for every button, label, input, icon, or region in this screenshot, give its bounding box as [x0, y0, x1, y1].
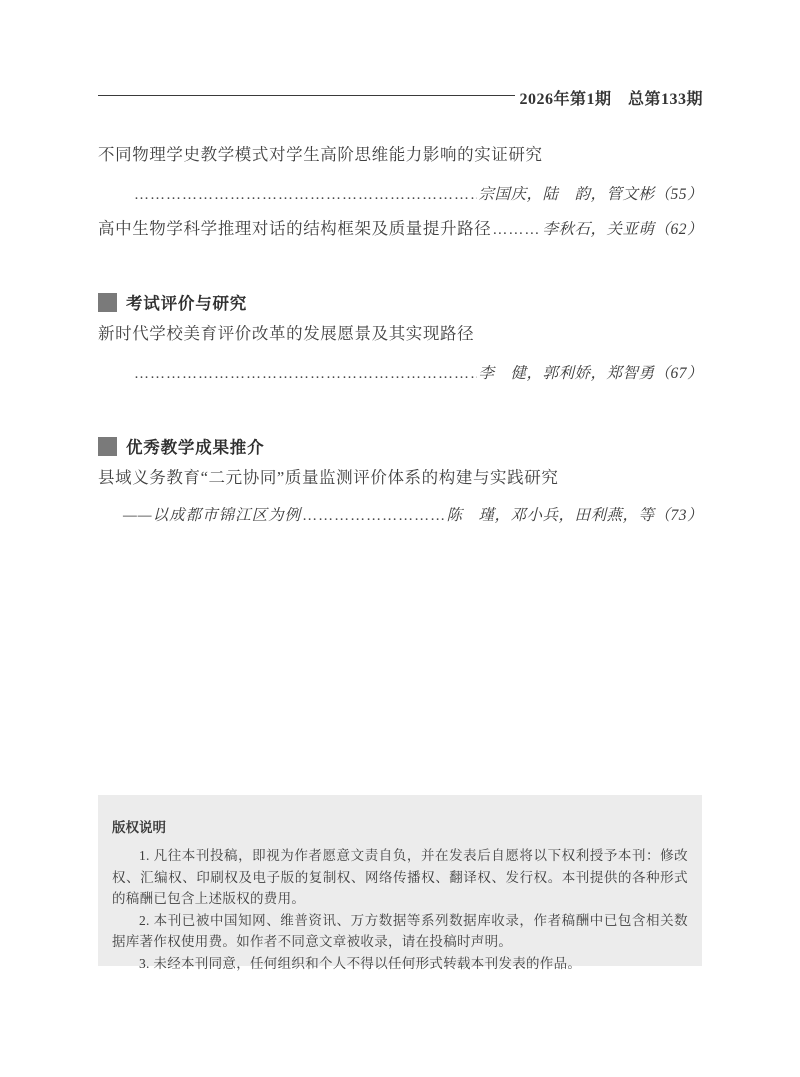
dot-leader: …………………………………………………………………………………………………………… — [134, 366, 477, 383]
dot-leader: …………………………………………………………………………………………………………… — [492, 222, 541, 239]
authors-pages: 宗国庆，陆 韵，管文彬（55） — [478, 182, 703, 204]
dot-leader: …………………………………………………………………………………………………………… — [134, 187, 477, 204]
copyright-title: 版权说明 — [112, 816, 688, 836]
copyright-box: 版权说明 1. 凡往本刊投稿，即视为作者愿意文责自负，并在发表后自愿将以下权利授… — [98, 795, 702, 966]
authors-pages: 李 健，郭利娇，郑智勇（67） — [478, 361, 703, 383]
toc-entry-leader-row: …………………………………………………………………………………………………………… — [98, 182, 703, 204]
authors-pages: 李秋石，关亚萌（62） — [542, 217, 703, 239]
toc-entry-title: 高中生物学科学推理对话的结构框架及质量提升路径 — [98, 215, 491, 239]
section-header: 考试评价与研究 — [98, 290, 703, 314]
toc-entry-title: 新时代学校美育评价改革的发展愿景及其实现路径 — [98, 325, 703, 343]
section-title: 考试评价与研究 — [126, 290, 247, 314]
copyright-paragraph: 2. 本刊已被中国知网、维普资讯、万方数据等系列数据库收录，作者稿酬中已包含相关… — [112, 910, 688, 953]
section-header: 优秀教学成果推介 — [98, 434, 703, 458]
toc-entry-title: 县域义务教育“二元协同”质量监测评价体系的构建与实践研究 — [98, 469, 703, 487]
toc-entry-leader-row: …………………………………………………………………………………………………………… — [98, 361, 703, 383]
section-marker-icon — [98, 293, 117, 312]
issue-info: 2026年第1期 总第133期 — [98, 86, 703, 109]
toc-entry-row: 高中生物学科学推理对话的结构框架及质量提升路径 …………………………………………… — [98, 215, 703, 239]
copyright-paragraph: 1. 凡往本刊投稿，即视为作者愿意文责自负，并在发表后自愿将以下权利授予本刊：修… — [112, 845, 688, 910]
toc-entry-subtitle: ——以成都市锦江区为例 — [123, 503, 301, 525]
section-title: 优秀教学成果推介 — [126, 434, 264, 458]
toc-entry-title: 不同物理学史教学模式对学生高阶思维能力影响的实证研究 — [98, 146, 703, 164]
section-marker-icon — [98, 437, 117, 456]
dot-leader: …………………………………………………………………………………………………………… — [302, 508, 445, 525]
authors-pages: 陈 瑾，邓小兵，田利燕，等（73） — [446, 503, 703, 525]
toc-entry-subtitle-row: ——以成都市锦江区为例 …………………………………………………………………………… — [98, 503, 703, 525]
copyright-paragraph: 3. 未经本刊同意，任何组织和个人不得以任何形式转载本刊发表的作品。 — [112, 953, 688, 975]
journal-toc-page: 2026年第1期 总第133期 不同物理学史教学模式对学生高阶思维能力影响的实证… — [0, 0, 800, 1077]
